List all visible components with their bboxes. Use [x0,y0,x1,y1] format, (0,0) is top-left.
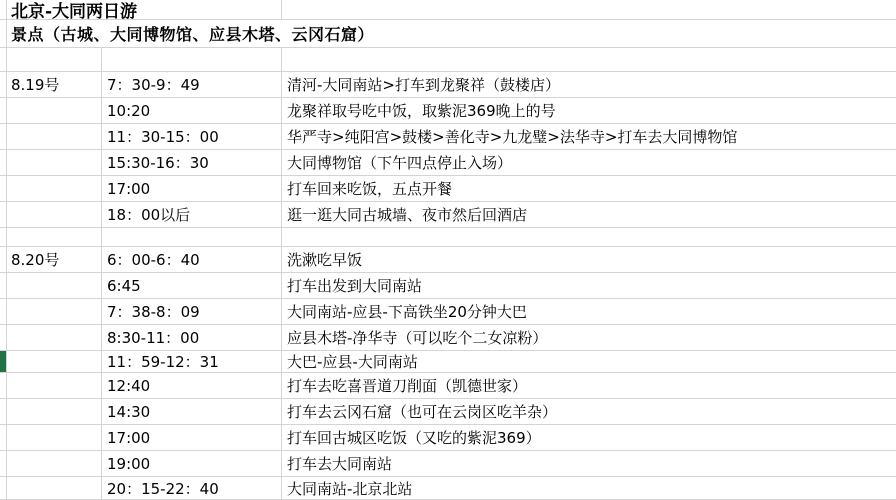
title-row: 北京-大同两日游 [0,0,896,20]
edge-cell [0,451,7,476]
table-row: 18：00以后 逛一逛大同古城墙、夜市然后回酒店 [0,202,896,228]
edge-cell [0,425,7,450]
time-cell[interactable]: 6:45 [102,273,282,298]
date-cell[interactable] [7,150,102,175]
time-cell[interactable]: 19:00 [102,451,282,476]
date-cell[interactable]: 8.20号 [7,247,102,272]
activity-cell[interactable]: 打车去云冈石窟（也可在云岗区吃羊杂） [282,399,896,424]
activity-cell[interactable]: 打车去吃喜晋道刀削面（凯德世家） [282,373,896,398]
table-row: 19:00 打车去大同南站 [0,451,896,477]
time-cell[interactable]: 12:40 [102,373,282,398]
date-cell[interactable] [7,399,102,424]
time-cell[interactable]: 17:00 [102,425,282,450]
empty-cell[interactable] [282,48,896,71]
spacer-row [0,48,896,72]
date-cell[interactable] [7,373,102,398]
activity-cell[interactable]: 大同南站-应县-下高铁坐20分钟大巴 [282,299,896,324]
table-row: 17:00 打车回来吃饭，五点开餐 [0,176,896,202]
activity-cell[interactable]: 龙聚祥取号吃中饭，取紫泥369晚上的号 [282,98,896,123]
edge-cell [0,373,7,398]
spreadsheet: 北京-大同两日游 景点（古城、大同博物馆、应县木塔、云冈石窟） 8.19号 7：… [0,0,896,500]
edge-cell [0,72,7,97]
page-title[interactable]: 北京-大同两日游 [7,0,282,19]
date-cell[interactable] [7,98,102,123]
empty-cell[interactable] [102,48,282,71]
edge-cell [0,273,7,298]
subtitle-row: 景点（古城、大同博物馆、应县木塔、云冈石窟） [0,20,896,48]
green-row-marker [0,351,7,372]
empty-cell[interactable] [102,228,282,246]
edge-cell [0,399,7,424]
activity-cell[interactable]: 应县木塔-净华寺（可以吃个二女凉粉） [282,325,896,350]
edge-cell [0,247,7,272]
date-cell[interactable] [7,299,102,324]
time-cell[interactable]: 6：00-6：40 [102,247,282,272]
activity-cell[interactable]: 逛一逛大同古城墙、夜市然后回酒店 [282,202,896,227]
time-cell[interactable]: 11：59-12：31 [102,351,282,372]
time-cell[interactable]: 20：15-22：40 [102,477,282,499]
time-cell[interactable]: 10:20 [102,98,282,123]
activity-cell[interactable]: 大同南站-北京北站 [282,477,896,499]
date-cell[interactable] [7,124,102,149]
spacer-row [0,228,896,247]
date-cell[interactable] [7,477,102,499]
edge-cell [0,20,7,47]
edge-cell [0,299,7,324]
time-cell[interactable]: 14:30 [102,399,282,424]
edge-cell [0,228,7,246]
date-cell[interactable] [7,202,102,227]
time-cell[interactable]: 7：38-8：09 [102,299,282,324]
empty-cell[interactable] [282,0,896,19]
table-row: 14:30 打车去云冈石窟（也可在云岗区吃羊杂） [0,399,896,425]
date-cell[interactable] [7,425,102,450]
time-cell[interactable]: 7：30-9：49 [102,72,282,97]
date-cell[interactable] [7,273,102,298]
edge-cell [0,325,7,350]
table-row: 17:00 打车回古城区吃饭（又吃的紫泥369） [0,425,896,451]
empty-cell[interactable] [7,48,102,71]
sights-subtitle[interactable]: 景点（古城、大同博物馆、应县木塔、云冈石窟） [7,20,896,47]
activity-cell[interactable]: 洗漱吃早饭 [282,247,896,272]
time-cell[interactable]: 18：00以后 [102,202,282,227]
table-row: 7：38-8：09 大同南站-应县-下高铁坐20分钟大巴 [0,299,896,325]
edge-cell [0,202,7,227]
date-cell[interactable] [7,351,102,372]
activity-cell[interactable]: 大巴-应县-大同南站 [282,351,896,372]
edge-cell [0,150,7,175]
edge-cell [0,176,7,201]
date-cell[interactable]: 8.19号 [7,72,102,97]
date-cell[interactable] [7,451,102,476]
edge-cell [0,124,7,149]
table-row: 15:30-16：30 大同博物馆（下午四点停止入场） [0,150,896,176]
activity-cell[interactable]: 打车回来吃饭，五点开餐 [282,176,896,201]
activity-cell[interactable]: 大同博物馆（下午四点停止入场） [282,150,896,175]
table-row: 8.20号 6：00-6：40 洗漱吃早饭 [0,247,896,273]
table-row: 11：30-15：00 华严寺>纯阳宫>鼓楼>善化寺>九龙璧>法华寺>打车去大同… [0,124,896,150]
table-row: 20：15-22：40 大同南站-北京北站 [0,477,896,500]
time-cell[interactable]: 11：30-15：00 [102,124,282,149]
activity-cell[interactable]: 华严寺>纯阳宫>鼓楼>善化寺>九龙璧>法华寺>打车去大同博物馆 [282,124,896,149]
date-cell[interactable] [7,325,102,350]
edge-cell [0,0,7,19]
table-row: 8:30-11：00 应县木塔-净华寺（可以吃个二女凉粉） [0,325,896,351]
time-cell[interactable]: 17:00 [102,176,282,201]
activity-cell[interactable]: 打车回古城区吃饭（又吃的紫泥369） [282,425,896,450]
table-row: 10:20 龙聚祥取号吃中饭，取紫泥369晚上的号 [0,98,896,124]
activity-cell[interactable]: 清河-大同南站>打车到龙聚祥（鼓楼店） [282,72,896,97]
activity-cell[interactable]: 打车去大同南站 [282,451,896,476]
activity-cell[interactable]: 打车出发到大同南站 [282,273,896,298]
edge-cell [0,98,7,123]
empty-cell[interactable] [282,228,896,246]
edge-cell [0,48,7,71]
date-cell[interactable] [7,176,102,201]
time-cell[interactable]: 15:30-16：30 [102,150,282,175]
table-row: 12:40 打车去吃喜晋道刀削面（凯德世家） [0,373,896,399]
empty-cell[interactable] [7,228,102,246]
edge-cell [0,477,7,499]
table-row: 8.19号 7：30-9：49 清河-大同南站>打车到龙聚祥（鼓楼店） [0,72,896,98]
table-row: 11：59-12：31 大巴-应县-大同南站 [0,351,896,373]
table-row: 6:45 打车出发到大同南站 [0,273,896,299]
time-cell[interactable]: 8:30-11：00 [102,325,282,350]
